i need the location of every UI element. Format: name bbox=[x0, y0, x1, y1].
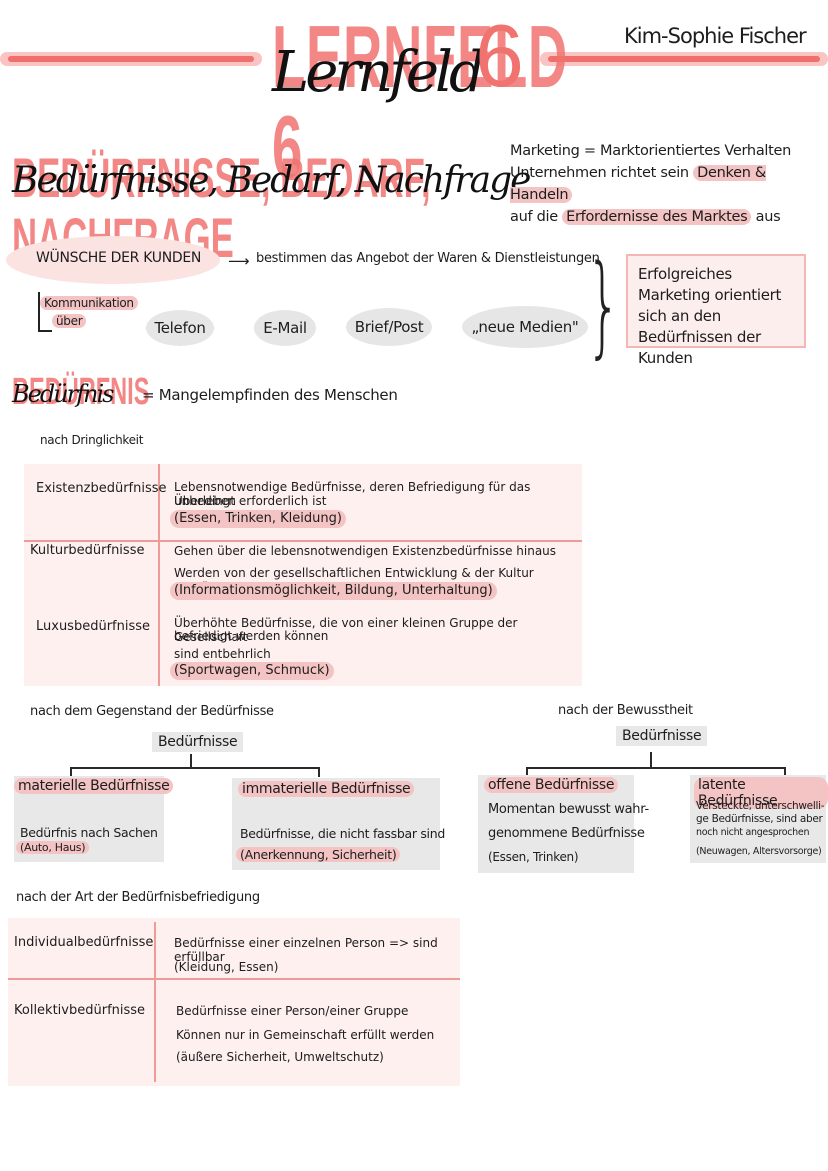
communication-arrow-icon bbox=[38, 330, 52, 332]
tree-connector bbox=[650, 752, 652, 768]
materielle-title: materielle Bedürfnisse bbox=[14, 778, 173, 794]
header-line-right bbox=[540, 52, 828, 66]
table-divider bbox=[24, 540, 582, 542]
immaterielle-title: immaterielle Bedürfnisse bbox=[238, 781, 414, 797]
table-divider bbox=[158, 464, 160, 686]
tree-connector bbox=[526, 767, 786, 769]
table-row-label: Existenzbedürfnisse bbox=[36, 482, 167, 496]
table-row-label: Kollektivbedürfnisse bbox=[14, 1004, 145, 1018]
table-row-example: (Sportwagen, Schmuck) bbox=[170, 662, 334, 680]
dringlichkeit-heading: nach Dringlichkeit bbox=[40, 433, 143, 447]
wishes-label: WÜNSCHE DER KUNDEN bbox=[36, 250, 201, 266]
table-row-text: Bedürfnisse einer Person/einer Gruppe bbox=[176, 1004, 408, 1018]
table-row-example: (Essen, Trinken, Kleidung) bbox=[170, 510, 346, 528]
channel-telefon: Telefon bbox=[146, 310, 214, 346]
materielle-text: Bedürfnis nach Sachen bbox=[20, 825, 158, 840]
latente-text-2: ge Bedürfnisse, sind aber bbox=[696, 813, 823, 825]
channel-brief-post: Brief/Post bbox=[346, 308, 432, 346]
offene-text-1: Momentan bewusst wahr- bbox=[488, 802, 649, 817]
communication-label: Kommunikation bbox=[40, 296, 138, 310]
table-row-text: (Kleidung, Essen) bbox=[174, 960, 278, 974]
marketing-line-1: Marketing = Marktorientiertes Verhalten bbox=[510, 140, 820, 162]
curly-brace-icon: } bbox=[586, 240, 621, 370]
header-line-left bbox=[0, 52, 262, 66]
befriedigung-table: Individualbedürfnisse Bedürfnisse einer … bbox=[8, 918, 460, 1086]
table-divider bbox=[154, 922, 156, 1082]
conclusion-box: Erfolgreiches Marketing orientiert sich … bbox=[626, 254, 806, 348]
title-number: 6 bbox=[475, 6, 524, 106]
table-row-label: Kulturbedürfnisse bbox=[30, 544, 144, 558]
latente-text-1: Versteckte, unterschwelli- bbox=[696, 800, 824, 812]
gegenstand-heading: nach dem Gegenstand der Bedürfnisse bbox=[30, 704, 274, 719]
communication-label-ueber: über bbox=[52, 314, 86, 328]
table-row-text: unbedingt erforderlich ist bbox=[174, 494, 326, 508]
immaterielle-text: Bedürfnisse, die nicht fassbar sind bbox=[240, 826, 445, 841]
marketing-line-3-text: auf die bbox=[510, 209, 562, 225]
tree-connector bbox=[190, 754, 192, 768]
immaterielle-example: (Anerkennung, Sicherheit) bbox=[236, 847, 400, 862]
gegenstand-root: Bedürfnisse bbox=[152, 732, 243, 752]
section-title-script: Bedürfnisse, Bedarf, Nachfrage bbox=[12, 160, 529, 201]
wishes-consequence: bestimmen das Angebot der Waren & Dienst… bbox=[256, 251, 600, 266]
communication-bracket-icon bbox=[38, 292, 40, 332]
table-divider bbox=[8, 978, 460, 980]
table-row-example: (Informationsmöglichkeit, Bildung, Unter… bbox=[170, 582, 497, 600]
materielle-example: (Auto, Haus) bbox=[16, 841, 89, 854]
title-script: Lernfeld bbox=[272, 40, 481, 105]
arrow-right-icon: ⟶ bbox=[228, 252, 250, 270]
beduerfnis-title-script: Bedürfnis bbox=[12, 380, 112, 408]
tree-connector bbox=[70, 767, 320, 769]
table-row-text: (äußere Sicherheit, Umweltschutz) bbox=[176, 1050, 384, 1064]
table-row-text: Können nur in Gemeinschaft erfüllt werde… bbox=[176, 1028, 434, 1042]
channel-email: E-Mail bbox=[254, 310, 316, 346]
author-name: Kim-Sophie Fischer bbox=[624, 24, 806, 48]
offene-example: (Essen, Trinken) bbox=[488, 850, 578, 864]
bewusstheit-heading: nach der Bewusstheit bbox=[558, 703, 693, 718]
marketing-definition: Marketing = Marktorientiertes Verhalten … bbox=[510, 140, 820, 228]
marketing-line-2-text: Unternehmen richtet sein bbox=[510, 165, 693, 181]
table-row-text: Gehen über die lebensnotwendigen Existen… bbox=[174, 544, 556, 558]
latente-text-3: noch nicht angesprochen bbox=[696, 827, 809, 838]
table-row-label: Individualbedürfnisse bbox=[14, 936, 153, 950]
bewusstheit-root: Bedürfnisse bbox=[616, 726, 707, 746]
befriedigung-heading: nach der Art der Bedürfnisbefriedigung bbox=[16, 890, 260, 905]
offene-text-2: genommene Bedürfnisse bbox=[488, 826, 645, 841]
marketing-line-3: auf die Erfordernisse des Marktes aus bbox=[510, 206, 820, 228]
dringlichkeit-table: Existenzbedürfnisse Lebensnotwendige Bed… bbox=[24, 464, 582, 686]
marketing-line-3-end: aus bbox=[751, 209, 780, 225]
channel-neue-medien: „neue Medien" bbox=[462, 306, 588, 348]
table-row-text: sind entbehrlich bbox=[174, 647, 271, 661]
highlight-erfordernisse: Erfordernisse des Marktes bbox=[562, 209, 751, 225]
tree-connector bbox=[318, 767, 320, 777]
table-row-label: Luxusbedürfnisse bbox=[36, 620, 150, 634]
beduerfnis-definition: = Mangelempfinden des Menschen bbox=[142, 386, 398, 404]
offene-title: offene Bedürfnisse bbox=[484, 777, 618, 793]
marketing-line-2: Unternehmen richtet sein Denken & Handel… bbox=[510, 162, 820, 206]
latente-example: (Neuwagen, Altersvorsorge) bbox=[696, 846, 821, 857]
table-row-text: befriedigt werden können bbox=[174, 629, 328, 643]
